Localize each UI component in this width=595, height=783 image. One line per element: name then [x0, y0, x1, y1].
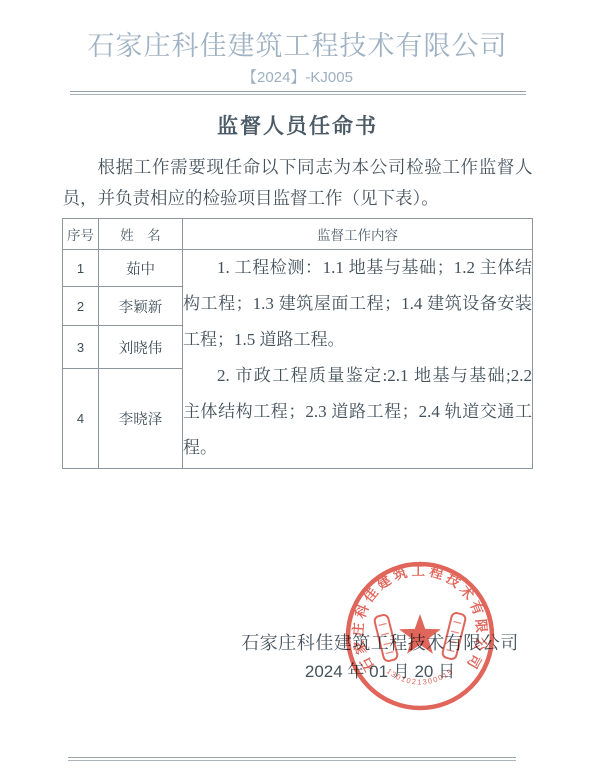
seal-left-frame [374, 614, 399, 662]
table-header-row: 序号 姓 名 监督工作内容 [63, 219, 533, 250]
doc-heading: 监督人员任命书 [0, 110, 595, 140]
col-header-no: 序号 [63, 219, 99, 250]
intro-paragraph: 根据工作需要现任命以下同志为本公司检验工作监督人员，并负责相应的检验项目监督工作… [63, 152, 533, 214]
svg-text:1301021300015: 1301021300015 [385, 666, 455, 686]
supervisor-name: 李晓泽 [99, 369, 183, 469]
seal-code-text: 1301021300015 [385, 666, 455, 686]
footer-divider [68, 757, 516, 761]
content-paragraph-1: 1. 工程检测：1.1 地基与基础；1.2 主体结构工程；1.3 建筑屋面工程；… [183, 250, 532, 358]
supervision-content-cell: 1. 工程检测：1.1 地基与基础；1.2 主体结构工程；1.3 建筑屋面工程；… [183, 250, 533, 469]
row-number: 1 [63, 250, 99, 287]
row-number: 4 [63, 369, 99, 469]
col-header-name: 姓 名 [99, 219, 183, 250]
supervisor-name: 刘晓伟 [99, 326, 183, 369]
seal-right-frame [442, 612, 467, 660]
table-row: 1 茹中 1. 工程检测：1.1 地基与基础；1.2 主体结构工程；1.3 建筑… [63, 250, 533, 287]
supervisors-table: 序号 姓 名 监督工作内容 1 茹中 1. 工程检测：1.1 地基与基础；1.2… [62, 218, 533, 469]
company-seal-stamp: 石家庄科佳建筑工程技术有限公司 1301021300015 [342, 558, 498, 714]
document-page: 石家庄科佳建筑工程技术有限公司 【2024】-KJ005 监督人员任命书 根据工… [0, 0, 595, 783]
seal-star-icon [399, 614, 441, 654]
supervisor-name: 李颖新 [99, 287, 183, 326]
doc-number: 【2024】-KJ005 [0, 66, 595, 87]
supervisor-name: 茹中 [99, 250, 183, 287]
row-number: 3 [63, 326, 99, 369]
company-title: 石家庄科佳建筑工程技术有限公司 [0, 24, 595, 63]
col-header-content: 监督工作内容 [183, 219, 533, 250]
content-paragraph-2: 2. 市政工程质量鉴定:2.1 地基与基础;2.2 主体结构工程；2.3 道路工… [183, 358, 532, 466]
header-divider [70, 91, 526, 95]
row-number: 2 [63, 287, 99, 326]
